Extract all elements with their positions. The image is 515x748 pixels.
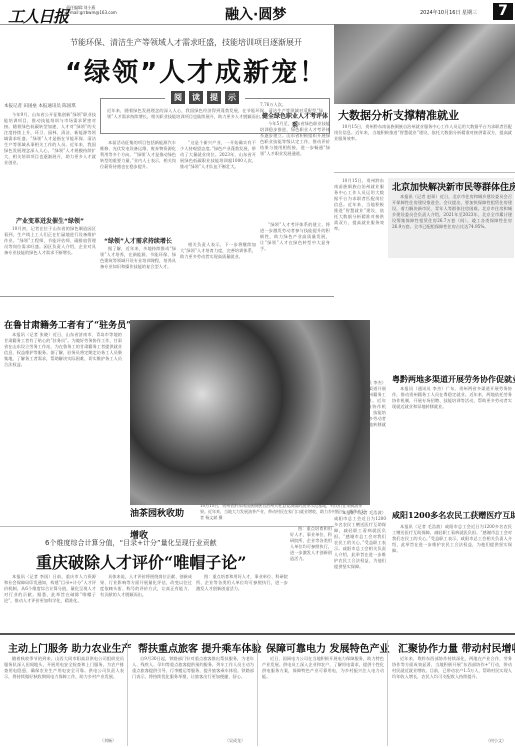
divider bbox=[0, 526, 334, 527]
lead-col4-text2: “绿领”人才考评体系的建立，将进一步激发劳动者参与技能提升的积极性，助力绿色产业… bbox=[260, 222, 330, 294]
reading-tips-title: 阅读提示 bbox=[165, 91, 245, 104]
lead-col1-text: 今年9月，山东省公开征集创新“绿领”职业技能培训项目，推动技能培训与市场需求紧密… bbox=[4, 112, 96, 212]
gansu-text: 本报讯（记者 张晓）近日，山东省济南市、青岛市等地的甘肃籍务工者有了贴心的“驻务… bbox=[4, 332, 122, 508]
editor-info: 责任编辑:刘小燕 E-mail:grrbwm@163.com bbox=[66, 5, 117, 15]
bottom-text-2: 自9月30日起，铁路部门针对重点旅客推出帮扶服务，为老年人、残疾人、孕妇等重点旅… bbox=[132, 656, 254, 744]
section-rule bbox=[0, 296, 334, 297]
lead-headline: “绿领”人才成新宠！ bbox=[65, 52, 327, 89]
column-divider bbox=[387, 640, 388, 746]
chongqing-col1: 本报讯（记者 李国）日前，重庆市人力资源和社会保障局印发通知，构建“目录+计分”… bbox=[4, 574, 96, 630]
lead-col4-tail: 7.76万人次。 bbox=[260, 102, 330, 109]
lead-subhead-2: “绿领”人才需求持续增长 bbox=[100, 236, 176, 245]
chongqing-col2: 具体来说，人才评价将围绕岗位贡献、创新成果、行业影响等方面开展量化评估，改变以往… bbox=[100, 574, 192, 630]
lead-col2-text2: 据了解，近年来，多地持续推动“绿领”人才培养，在新能源、节能环保、绿色建筑等领域… bbox=[100, 246, 176, 294]
bottom-text-3: 近日，国网电力公司在当地积极开展电力保障服务，助力特色产业发展。供电员工深入企业… bbox=[262, 656, 384, 744]
guangdong-guizhou-headline: 粤黔两地多渠道开展劳务协作促就业 bbox=[392, 374, 515, 385]
xianyang-headline: 咸阳1200多名农民工获赠医疗互助保障 bbox=[392, 510, 515, 521]
lead-byline: 本报记者 田国垒 本报通讯员 陈国琪 bbox=[4, 103, 76, 109]
bottom-headline-1: 主动上门服务 助力农业生产 bbox=[8, 640, 131, 655]
lead-subhead-1: 产业变革迸发催生“绿领” bbox=[4, 216, 96, 225]
section-title: 融入·圆梦 bbox=[225, 4, 286, 24]
photo-title: 油茶园秋收助增收 bbox=[130, 503, 192, 525]
lead-kicker: 节能环保、清洁生产等领域人才需求旺盛，技能培训项目逐渐展开 bbox=[70, 37, 302, 48]
page-number: 7 bbox=[493, 3, 513, 20]
sidebar-top-text: 10月15日，贵州黔东南苗族侗族自治州就业服务中心工作人员运用大数据平台为求职者… bbox=[334, 124, 512, 168]
sidebar-top-headline: 大数据分析支撑精准就业 bbox=[338, 107, 459, 123]
chongqing-col3: 图：重点培育和用好人才，事业单位、科研院所、企业等各类用人单位均可参照执行，进一… bbox=[196, 574, 288, 630]
lead-col4-text: 今年5月至，山东省绿色职业技能培训稳步推进，绿色职业人才考评体系逐步建立。山东省… bbox=[260, 121, 330, 221]
chongqing-side-col: 图：重点培育和用好人才，事业单位、科研院所、企业等各类用人单位均可参照执行，进一… bbox=[290, 526, 332, 630]
bottom-text-1: 随着秋收季节的到来，山西大同市阳高县供电公司组织党员服务队深入田间地头，开展用电… bbox=[4, 656, 124, 744]
xianyang-left-text: 本报讯（记者 毛浩波）咸阳市总工会近日为1200多名农民工赠送医疗互助保障，减轻… bbox=[334, 510, 386, 630]
chongqing-headline: 重庆破除人才评价“唯帽子论” bbox=[36, 550, 246, 573]
bottom-signature-1: （刘畅） bbox=[100, 738, 116, 744]
bottom-headline-3: 保障可靠电力 发展特色产业 bbox=[266, 640, 389, 655]
beijing-headline: 北京加快解决新市民等群体住房需求 bbox=[392, 180, 515, 193]
bottom-signature-4: （何小文） bbox=[486, 738, 506, 744]
column-divider bbox=[127, 640, 128, 746]
bottom-rule bbox=[0, 633, 515, 635]
column-divider bbox=[257, 640, 258, 746]
tea-oil-harvest-photo bbox=[130, 320, 370, 505]
issue-date: 2024年10月16日 星期三 bbox=[420, 9, 477, 16]
bottom-headline-2: 帮扶重点旅客 提升乘车体验 bbox=[138, 640, 261, 655]
lead-col3-text: “这是个新兴产业，一开始确实有不少人持观望态度。”绿色产业蓬勃发展，带动了大量就… bbox=[180, 140, 256, 240]
bottom-text-4: 近年来，粤黔东西部协作持续深化，两地在产业合作、劳务协作等方面成效显著。当地积极… bbox=[392, 656, 512, 744]
lead-col2-text: 本届活动征集的项目包括新能源汽车维修、光伏发电设备运维、废弃物资源化利用等多个方… bbox=[100, 140, 176, 232]
gansu-headline: 在鲁甘肃籍务工者有了“驻务员” bbox=[4, 318, 131, 331]
beijing-text: 本报讯（记者 赵琛）近日，北京市住房和城乡建设委员会召开保障性住房建设推进会。会… bbox=[392, 194, 512, 256]
xianyang-text: 本报讯（记者 毛浩波）咸阳市总工会近日为1200多名农民工赠送医疗互助保障，减轻… bbox=[392, 524, 512, 630]
big-data-photo bbox=[334, 24, 515, 104]
bottom-headline-4: 汇聚协作力量 带动村民增收 bbox=[398, 640, 515, 655]
guangdong-guizhou-text: 本报讯（通讯员 李杰）广东、贵州两省多渠道开展劳务协作，推动贵州籍务工人员在粤稳… bbox=[392, 386, 512, 496]
photo-caption: 10月15日，贵州省黔东南苗族侗族自治州天柱县瓮洞镇的油茶示范基地，村民们在采摘… bbox=[200, 503, 368, 521]
bottom-signature-2: （吴成龙） bbox=[225, 738, 245, 744]
lead-col1-text2: 10月初，记者在位于山东省的绿色制造园区看到，生产线上工人们正在忙碌地进行设备维… bbox=[4, 226, 96, 292]
editor-email: E-mail:grrbwm@163.com bbox=[66, 10, 117, 15]
chongqing-kicker: 6个维度综合计算分值，“目录+计分”量化呈现行业贡献 bbox=[45, 538, 217, 548]
lead-col3-text2: 相关负责人表示，下一步将继续加大“绿领”人才培育力度，完善培训体系，助力更多劳动… bbox=[180, 242, 256, 294]
divider bbox=[334, 172, 515, 173]
